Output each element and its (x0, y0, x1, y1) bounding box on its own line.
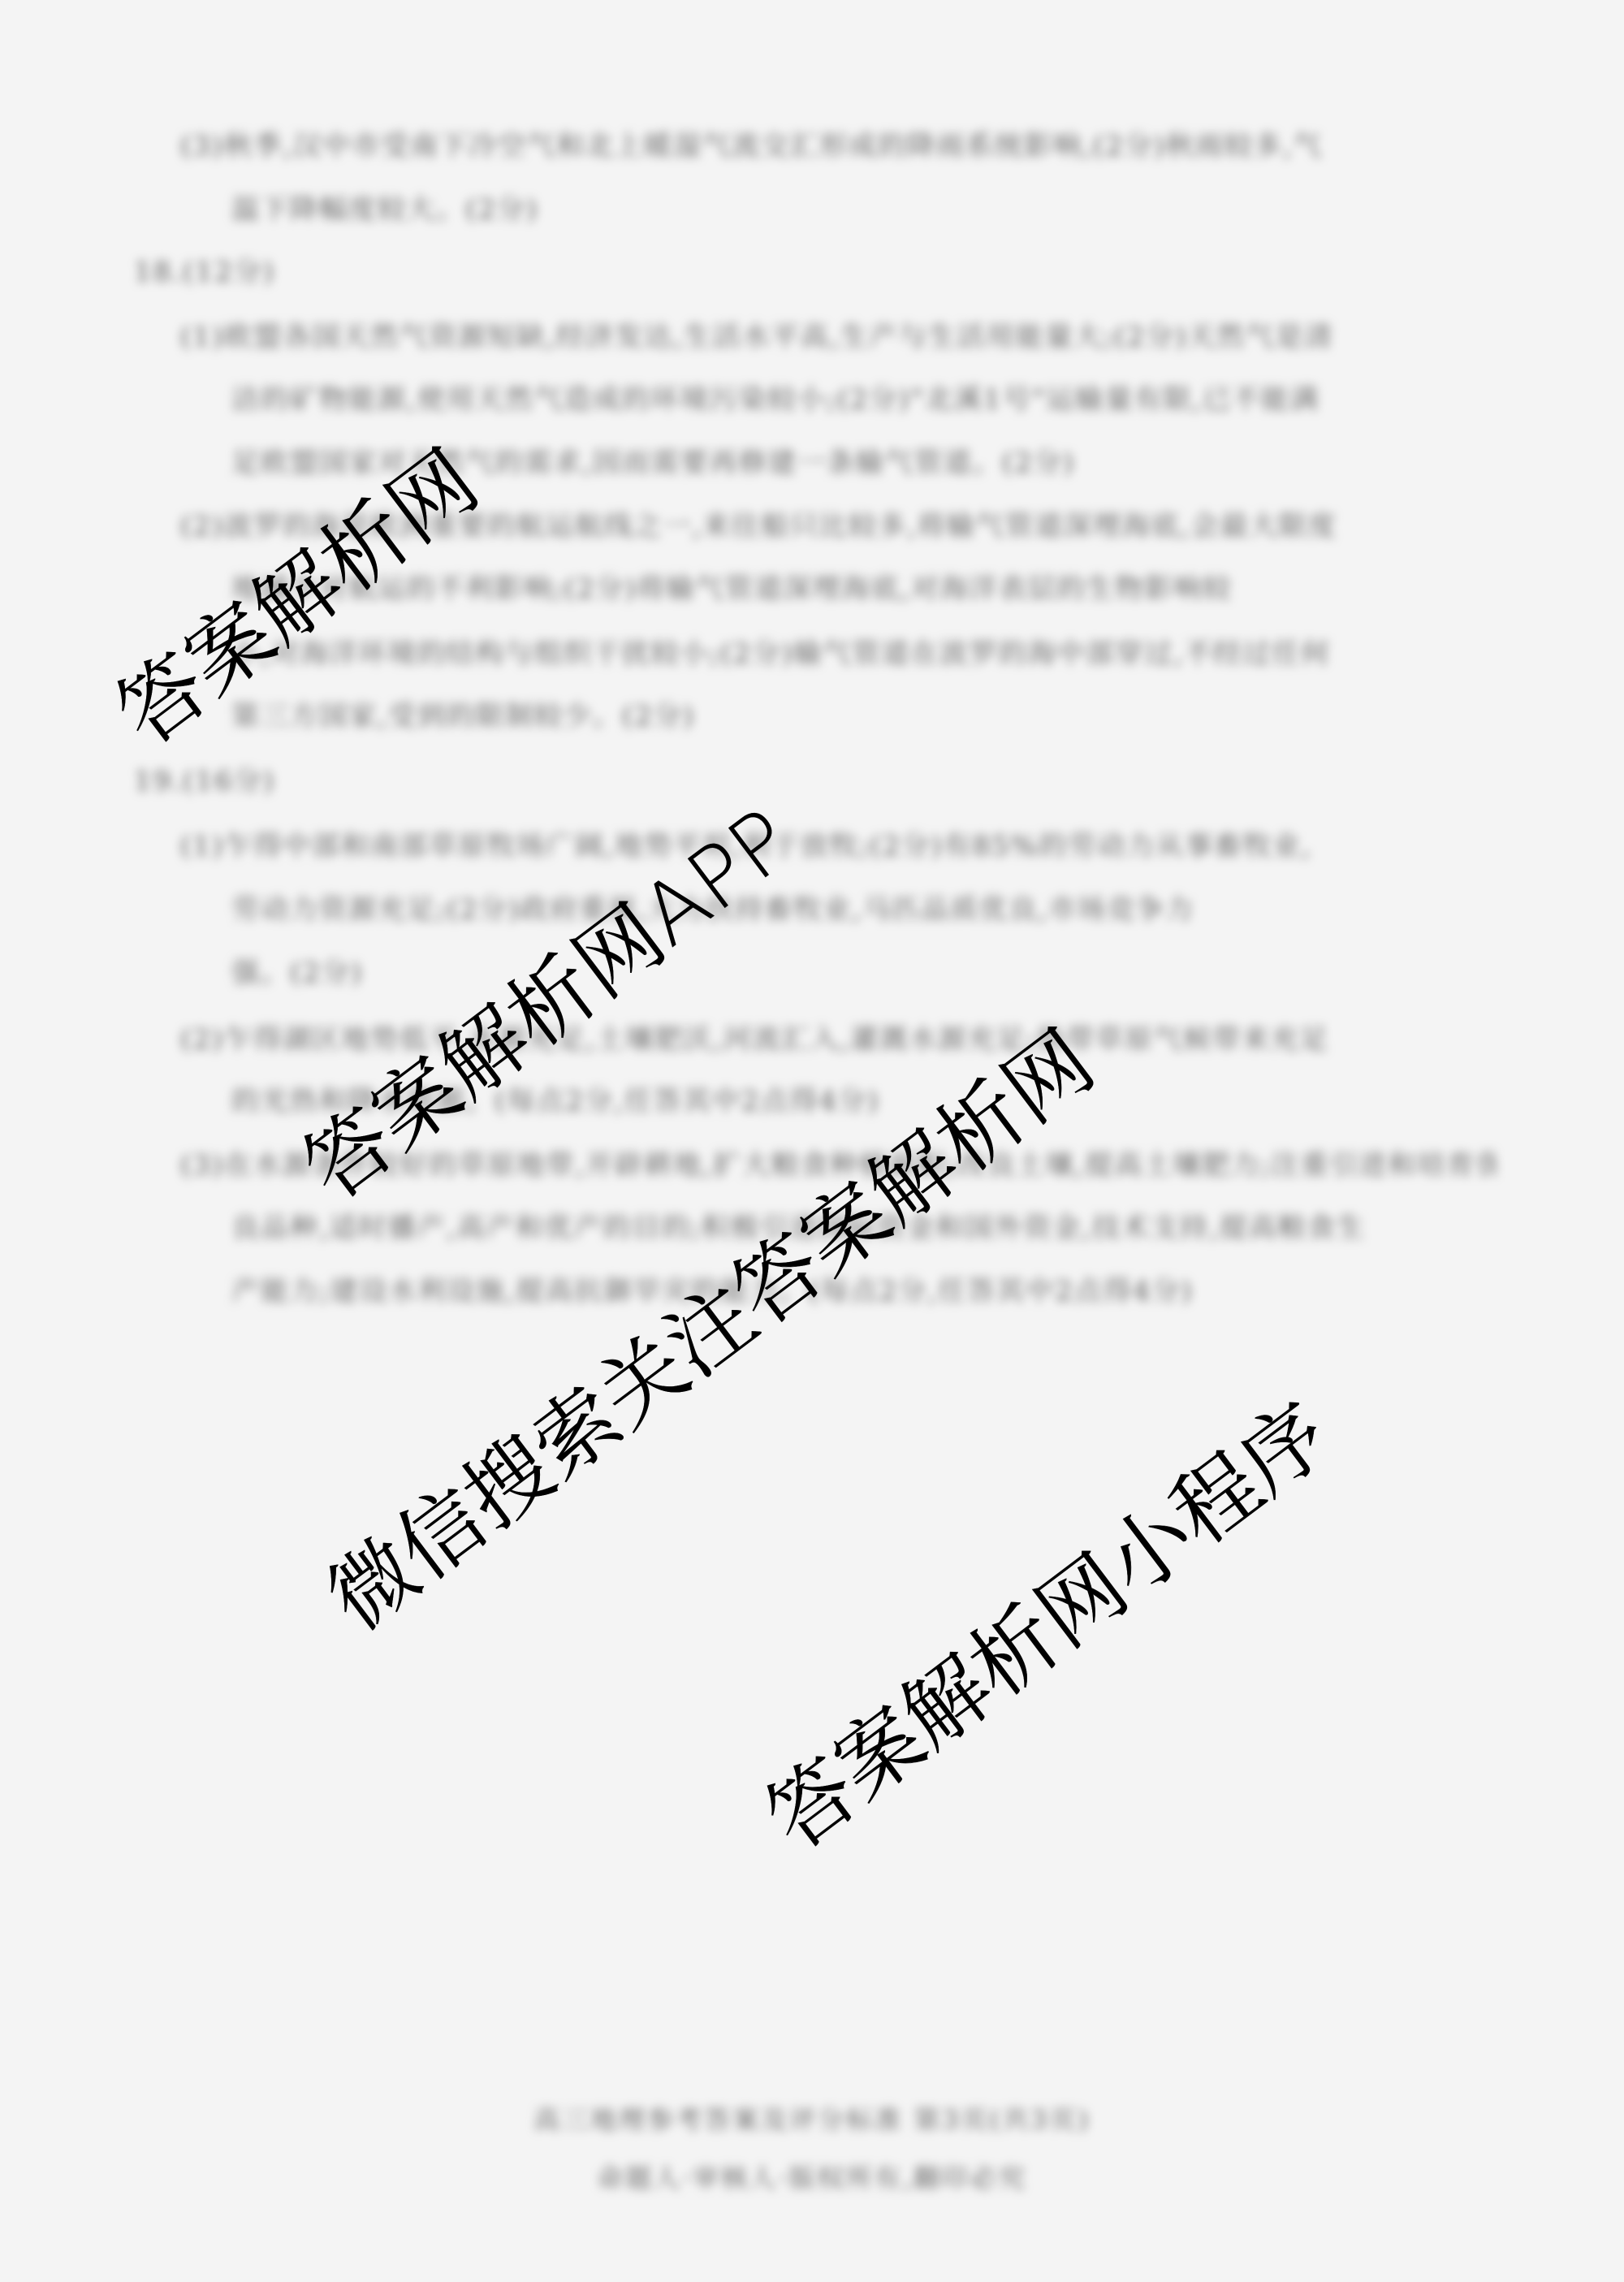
answer-line: 温下降幅度较大。(2分) (231, 193, 1498, 226)
document-page: (3)秋季,汉中市受南下冷空气和北上暖湿气流交汇形成的降雨系统影响,(2分)秋雨… (0, 0, 1624, 2282)
answer-line: (1)乍得中部和南部草原牧场广阔,地势平坦,利于放牧;(2分)有85%的劳动力从… (180, 830, 1496, 862)
answer-line: (2)乍得湖区地势低平,水源充足,土壤肥沃,河流汇入,灌溉水源充足;热带草原气候… (180, 1023, 1496, 1056)
answer-line: 劳动力资源充足;(2分)政府重视,大力扶持畜牧业,马匹品质优良,市场竞争力 (231, 893, 1498, 926)
answer-line: (3)秋季,汉中市受南下冷空气和北上暖湿气流交汇形成的降雨系统影响,(2分)秋雨… (180, 130, 1496, 162)
answer-line: 产能力;建设水利设施,提高抗御旱灾的能力。(每点2分,任答其中2点得4分) (231, 1275, 1498, 1307)
footer-page-info: 高三地理参考答案及评分标准 第3页(共3页) (0, 2103, 1624, 2136)
answer-line: 强。(2分) (231, 957, 1498, 989)
answer-line: 地减少对航运的不利影响;(2分)将输气管道深埋海底,对海洋表层的生物影响较 (231, 573, 1498, 605)
question-header: 18.(12分) (134, 256, 275, 288)
watermark-mini-program: 答案解析网小程序 (753, 1389, 1343, 1863)
answer-line: (1)欧盟各国天然气资源短缺,经济发达,生活水平高,生产与生活用能量大;(2分)… (180, 321, 1496, 353)
answer-line: 洁的矿物能源,使用天然气造成的环境污染较小;(2分)"北溪1号"运输量有限,已不… (231, 383, 1498, 416)
footer-note: 命题人·审核人·版权所有,翻印必究 (0, 2162, 1624, 2194)
answer-line: 第三方国家,受到的限制较少。(2分) (231, 700, 1498, 733)
answer-line: 小,对海洋环境的结构与组织干扰较小;(2分)输气管道在波罗的海中部穿过,不经过任… (231, 637, 1498, 670)
question-header: 19.(16分) (134, 765, 275, 797)
